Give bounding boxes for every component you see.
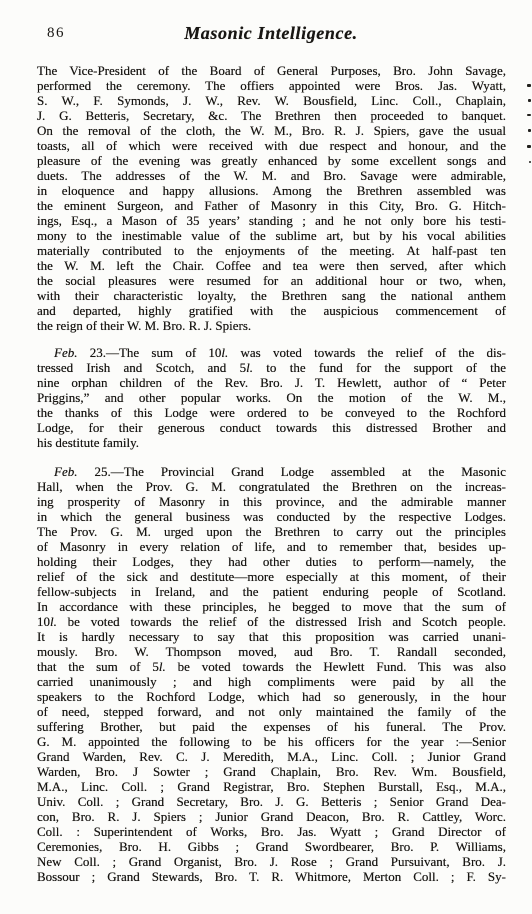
body-text: On the removal of the cloth, the W. M., … xyxy=(37,123,506,138)
body-text: tressed Irish and Scotch, and 5 xyxy=(37,360,246,375)
text-line: in eloquence and happy allusions. Among … xyxy=(37,183,506,198)
text-line: mously. Bro. W. Thompson moved, aud Bro.… xyxy=(37,644,506,659)
text-line: and departed, highly gratified with the … xyxy=(37,303,506,318)
body-text: materially contributed to the enjoyments… xyxy=(37,243,506,258)
body-text: the thanks of this Lodge were ordered to… xyxy=(37,405,506,420)
text-line: duets. The addresses of the W. M. and Br… xyxy=(37,168,506,183)
italic-text: Feb. xyxy=(54,345,77,360)
body-text: holding their Lodges, they had other dut… xyxy=(37,554,506,569)
body-text: Warden, Bro. J Sowter ; Grand Chaplain, … xyxy=(37,764,506,779)
text-line: Ceremonies, Bro. H. Gibbs ; Grand Swordb… xyxy=(37,839,506,854)
italic-text: Feb. xyxy=(54,464,77,479)
text-line: ing prosperity of Masonry in this provin… xyxy=(37,494,506,509)
text-line: with their characteristic loyalty, the B… xyxy=(37,288,506,303)
body-text: the reign of their W. M. Bro. R. J. Spie… xyxy=(37,318,251,333)
text-line: his destitute family. xyxy=(37,435,506,450)
text-line: Hall, when the Prov. G. M. congratulated… xyxy=(37,479,506,494)
text-line: pleasure of the evening was greatly enha… xyxy=(37,153,506,168)
body-text: M.A., Linc. Coll. ; Grand Registrar, Bro… xyxy=(37,779,506,794)
text-line: holding their Lodges, they had other dut… xyxy=(37,554,506,569)
text-line: suffering Brother, but paid the expenses… xyxy=(37,719,506,734)
body-text: Bossour ; Grand Stewards, Bro. T. R. Whi… xyxy=(37,869,506,884)
text-line: that the sum of 5l. be voted towards the… xyxy=(37,659,506,674)
body-text: New Coll. ; Grand Organist, Bro. J. Rose… xyxy=(37,854,506,869)
text-line: in which the general business was conduc… xyxy=(37,509,506,524)
text-line: toasts, all of which were received with … xyxy=(37,138,506,153)
body-text: in eloquence and happy allusions. Among … xyxy=(37,183,506,198)
text-line: relief of the sick and destitute—more es… xyxy=(37,569,506,584)
body-text: Lodge, for their generous conduct toward… xyxy=(37,420,506,435)
text-line: Feb. 23.—The sum of 10l. was voted towar… xyxy=(37,345,506,360)
body-text: S. W., F. Symonds, J. W., Rev. W. Bousfi… xyxy=(37,93,506,108)
text-line: nine orphan children of the Rev. Bro. J.… xyxy=(37,375,506,390)
text-line: M.A., Linc. Coll. ; Grand Registrar, Bro… xyxy=(37,779,506,794)
body-text: relief of the sick and destitute—more es… xyxy=(37,569,506,584)
body-text: Ceremonies, Bro. H. Gibbs ; Grand Swordb… xyxy=(37,839,506,854)
body-text: the eminent Surgeon, and Father of Mason… xyxy=(37,198,506,213)
body-text: to the fund for the support of the xyxy=(253,360,506,375)
body-text: Univ. Coll. ; Grand Secretary, Bro. J. G… xyxy=(37,794,506,809)
body-text: The Vice-President of the Board of Gener… xyxy=(37,63,506,78)
paragraph-installation-report: The Vice-President of the Board of Gener… xyxy=(37,63,506,333)
text-line: the thanks of this Lodge were ordered to… xyxy=(37,405,506,420)
italic-text: l. xyxy=(159,659,166,674)
text-line: Lodge, for their generous conduct toward… xyxy=(37,420,506,435)
text-line: materially contributed to the enjoyments… xyxy=(37,243,506,258)
text-line: Warden, Bro. J Sowter ; Grand Chaplain, … xyxy=(37,764,506,779)
body-text: 23.—The sum of 10 xyxy=(77,345,221,360)
scan-artifact xyxy=(528,99,531,102)
body-text: The Prov. G. M. urged upon the Brethren … xyxy=(37,524,506,539)
body-text: suffering Brother, but paid the expenses… xyxy=(37,719,506,734)
body-text: toasts, all of which were received with … xyxy=(37,138,506,153)
scan-artifact xyxy=(527,145,531,148)
body-text: J. G. Betteris, Secretary, &c. The Breth… xyxy=(37,108,506,123)
body-text: Hall, when the Prov. G. M. congratulated… xyxy=(37,479,506,494)
text-line: con, Bro. R. J. Spiers ; Junior Grand De… xyxy=(37,809,506,824)
body-text: nine orphan children of the Rev. Bro. J.… xyxy=(37,375,506,390)
body-text: of Masonry in every relation of life, an… xyxy=(37,539,506,554)
text-line: It is hardly necessary to say that this … xyxy=(37,629,506,644)
text-line: In accordance with these principles, he … xyxy=(37,599,506,614)
body-text: Grand Warden, Rev. C. J. Meredith, M.A.,… xyxy=(37,749,506,764)
running-header-title: Masonic Intelligence. xyxy=(36,23,506,44)
body-text: speakers to the Rochford Lodge, which ha… xyxy=(37,689,506,704)
body-text: his destitute family. xyxy=(37,435,139,450)
body-text: was voted towards the relief of the dis- xyxy=(228,345,506,360)
text-line: Priggins,” and other popular works. On t… xyxy=(37,390,506,405)
body-text: 10 xyxy=(37,614,50,629)
italic-text: l. xyxy=(50,614,57,629)
body-text: mony to the inestimable value of the sub… xyxy=(37,228,506,243)
text-line: Grand Warden, Rev. C. J. Meredith, M.A.,… xyxy=(37,749,506,764)
scan-artifact xyxy=(529,161,531,163)
body-text: in which the general business was conduc… xyxy=(37,509,506,524)
scan-artifact xyxy=(527,114,531,116)
text-line: fellow-subjects in Ireland, and the pati… xyxy=(37,584,506,599)
body-text: and departed, highly gratified with the … xyxy=(37,303,506,318)
text-line: of Masonry in every relation of life, an… xyxy=(37,539,506,554)
text-line: The Vice-President of the Board of Gener… xyxy=(37,63,506,78)
scan-artifact xyxy=(527,84,531,87)
body-text: be voted towards the relief of the distr… xyxy=(57,614,506,629)
page-text-column: The Vice-President of the Board of Gener… xyxy=(37,63,506,884)
body-text: Coll. : Superintendent of Works, Bro. Ja… xyxy=(37,824,506,839)
body-text: performed the ceremony. The offiers appo… xyxy=(37,78,506,93)
body-text: In accordance with these principles, he … xyxy=(37,599,506,614)
text-line: performed the ceremony. The offiers appo… xyxy=(37,78,506,93)
body-text: carried unanimously ; and high complimen… xyxy=(37,674,506,689)
body-text: fellow-subjects in Ireland, and the pati… xyxy=(37,584,506,599)
paragraph-feb-25: Feb. 25.—The Provincial Grand Lodge asse… xyxy=(37,464,506,884)
body-text: pleasure of the evening was greatly enha… xyxy=(37,153,506,168)
italic-text: l. xyxy=(246,360,253,375)
scan-artifact xyxy=(528,129,531,132)
body-text: ings, Esq., a Mason of 35 years’ standin… xyxy=(37,213,506,228)
text-line: The Prov. G. M. urged upon the Brethren … xyxy=(37,524,506,539)
body-text: ing prosperity of Masonry in this provin… xyxy=(37,494,506,509)
body-text: It is hardly necessary to say that this … xyxy=(37,629,506,644)
body-text: Priggins,” and other popular works. On t… xyxy=(37,390,506,405)
body-text: the social pleasures were resumed for an… xyxy=(37,273,506,288)
body-text: duets. The addresses of the W. M. and Br… xyxy=(37,168,506,183)
text-line: New Coll. ; Grand Organist, Bro. J. Rose… xyxy=(37,854,506,869)
body-text: mously. Bro. W. Thompson moved, aud Bro.… xyxy=(37,644,506,659)
text-line: the W. M. left the Chair. Coffee and tea… xyxy=(37,258,506,273)
body-text: G. M. appointed the following to be his … xyxy=(37,734,506,749)
body-text: the W. M. left the Chair. Coffee and tea… xyxy=(37,258,506,273)
text-line: Coll. : Superintendent of Works, Bro. Ja… xyxy=(37,824,506,839)
body-text: of need, stepped forward, and not only m… xyxy=(37,704,506,719)
text-line: Feb. 25.—The Provincial Grand Lodge asse… xyxy=(37,464,506,479)
body-text: that the sum of 5 xyxy=(37,659,159,674)
text-line: carried unanimously ; and high complimen… xyxy=(37,674,506,689)
body-text: 25.—The Provincial Grand Lodge assembled… xyxy=(77,464,506,479)
text-line: S. W., F. Symonds, J. W., Rev. W. Bousfi… xyxy=(37,93,506,108)
text-line: Univ. Coll. ; Grand Secretary, Bro. J. G… xyxy=(37,794,506,809)
body-text: con, Bro. R. J. Spiers ; Junior Grand De… xyxy=(37,809,506,824)
text-line: the social pleasures were resumed for an… xyxy=(37,273,506,288)
text-line: of need, stepped forward, and not only m… xyxy=(37,704,506,719)
text-line: the eminent Surgeon, and Father of Mason… xyxy=(37,198,506,213)
paragraph-feb-23: Feb. 23.—The sum of 10l. was voted towar… xyxy=(37,345,506,450)
text-line: J. G. Betteris, Secretary, &c. The Breth… xyxy=(37,108,506,123)
text-line: the reign of their W. M. Bro. R. J. Spie… xyxy=(37,318,506,333)
text-line: Bossour ; Grand Stewards, Bro. T. R. Whi… xyxy=(37,869,506,884)
scanned-book-page: { "page": { "number": "86", "header_titl… xyxy=(0,0,532,914)
body-text: with their characteristic loyalty, the B… xyxy=(37,288,506,303)
body-text: be voted towards the Hewlett Fund. This … xyxy=(166,659,506,674)
text-line: mony to the inestimable value of the sub… xyxy=(37,228,506,243)
text-line: On the removal of the cloth, the W. M., … xyxy=(37,123,506,138)
text-line: 10l. be voted towards the relief of the … xyxy=(37,614,506,629)
text-line: G. M. appointed the following to be his … xyxy=(37,734,506,749)
text-line: ings, Esq., a Mason of 35 years’ standin… xyxy=(37,213,506,228)
text-line: speakers to the Rochford Lodge, which ha… xyxy=(37,689,506,704)
text-line: tressed Irish and Scotch, and 5l. to the… xyxy=(37,360,506,375)
